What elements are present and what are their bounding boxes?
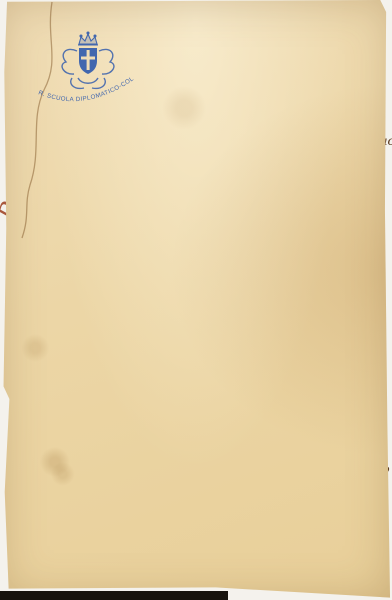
coat-of-arms: R. SCUOLA DIPLOMATICO-COLONIALE	[28, 28, 146, 112]
shield-icon	[79, 48, 97, 74]
scanned-letter: R. SCUOLA DIPLOMATICO-COLONIALE Personal…	[0, 0, 392, 600]
crown-icon	[78, 32, 98, 45]
scanner-edge	[0, 591, 228, 600]
